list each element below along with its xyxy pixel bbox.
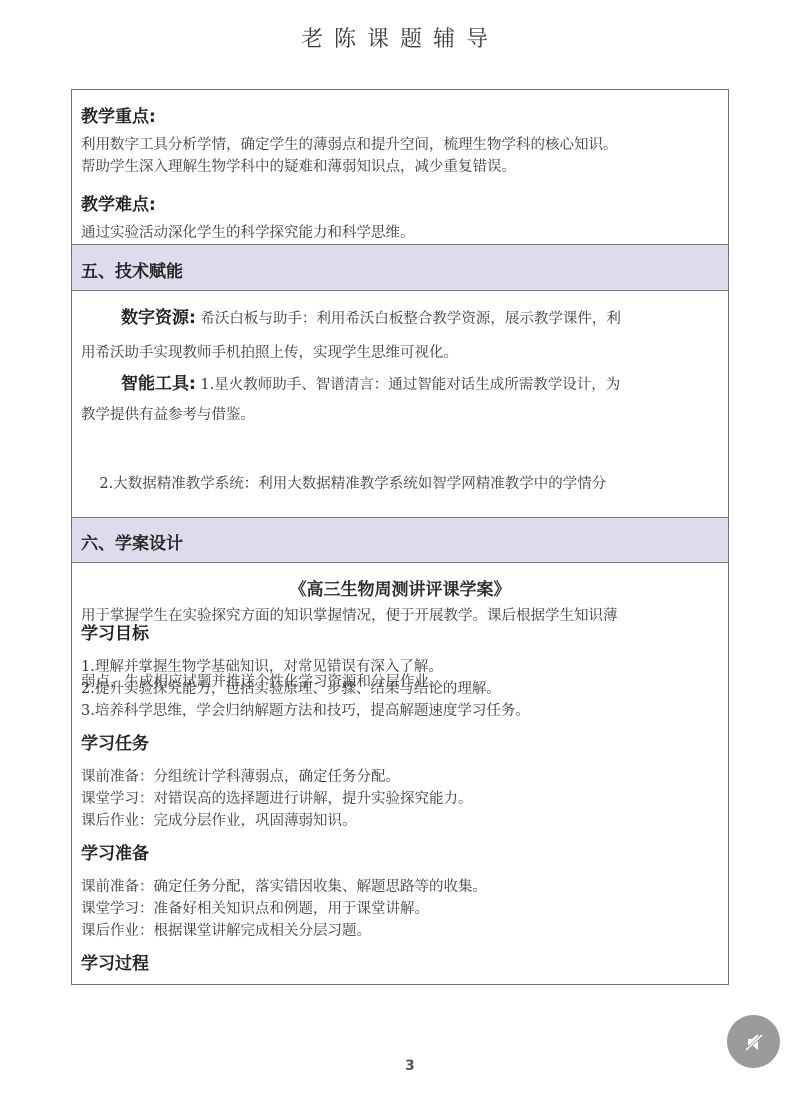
- digital-resources-para: 数字资源: 希沃白板与助手：利用希沃白板整合教学资源，展示教学课件，利 用希沃助…: [81, 307, 720, 364]
- goal-item: 1.理解并掌握生物学基础知识，对常见错误有深入了解。: [81, 655, 443, 676]
- digital-resources-lead: 数字资源:: [121, 308, 196, 328]
- digital-resources-line: 用希沃助手实现教师手机拍照上传，实现学生思维可视化。: [81, 342, 720, 364]
- task-item: 课前准备：分组统计学科薄弱点，确定任务分配。: [81, 765, 400, 786]
- tasks-heading: 学习任务: [81, 729, 149, 754]
- section6-title: 六、学案设计: [81, 529, 183, 554]
- preparation-item: 课后作业：根据课堂讲解完成相关分层习题。: [81, 919, 371, 940]
- task-item: 课堂学习：对错误高的选择题进行讲解，提升实验探究能力。: [81, 787, 473, 808]
- digital-resources-line: 希沃白板与助手：利用希沃白板整合教学资源，展示教学课件，利: [196, 311, 621, 327]
- goal-item: 2.提升实验探究能力，包括实验原理、步骤、结果与结论的理解。: [81, 677, 501, 698]
- lesson-plan-table: 教学重点: 利用数字工具分析学情，确定学生的薄弱点和提升空间，梳理生物学科的核心…: [71, 89, 729, 985]
- section6-content: 《高三生物周测讲评课学案》 学习目标 1.理解并掌握生物学基础知识，对常见错误有…: [72, 562, 728, 986]
- section6-header: 六、学案设计: [72, 517, 728, 562]
- teaching-focus-heading: 教学重点:: [81, 102, 156, 127]
- teaching-focus-line: 帮助学生深入理解生物学科中的疑难和薄弱知识点，减少重复错误。: [81, 156, 720, 178]
- goals-heading: 学习目标: [81, 619, 149, 644]
- page-number: 3: [405, 1058, 415, 1074]
- smart-tools-line: 1.星火教师助手、智谱清言：通过智能对话生成所需教学设计，为: [196, 377, 620, 393]
- smart-tools-lead: 智能工具:: [121, 374, 196, 394]
- preparation-item: 课前准备：确定任务分配，落实错因收集、解题思路等的收集。: [81, 875, 487, 896]
- teaching-focus-line: 利用数字工具分析学情，确定学生的薄弱点和提升空间，梳理生物学科的核心知识。: [81, 134, 720, 156]
- speaker-muted-icon: [741, 1029, 767, 1055]
- section5-header: 五、技术赋能: [72, 244, 728, 290]
- process-heading: 学习过程: [81, 949, 149, 974]
- teaching-difficulty-heading: 教学难点:: [81, 190, 156, 215]
- section5-title: 五、技术赋能: [81, 257, 183, 282]
- task-item: 课后作业：完成分层作业，巩固薄弱知识。: [81, 809, 357, 830]
- preparation-item: 课堂学习：准备好相关知识点和例题，用于课堂讲解。: [81, 897, 429, 918]
- teaching-focus-text: 利用数字工具分析学情，确定学生的薄弱点和提升空间，梳理生物学科的核心知识。 帮助…: [81, 134, 720, 178]
- teaching-difficulty-line: 通过实验活动深化学生的科学探究能力和科学思维。: [81, 222, 720, 244]
- smart-tools-line: 教学提供有益参考与借鉴。: [81, 404, 720, 426]
- page-header-title: 老陈课题辅导: [0, 22, 800, 53]
- big-data-line: 2.大数据精准教学系统：利用大数据精准教学系统如智学网精准教学中的学情分: [81, 473, 720, 495]
- section5-content: 数字资源: 希沃白板与助手：利用希沃白板整合教学资源，展示教学课件，利 用希沃助…: [72, 290, 728, 517]
- preparation-heading: 学习准备: [81, 839, 149, 864]
- plan-title: 《高三生物周测讲评课学案》: [72, 575, 728, 600]
- smart-tools-para: 智能工具: 1.星火教师助手、智谱清言：通过智能对话生成所需教学设计，为 教学提…: [81, 373, 720, 426]
- goal-item: 3.培养科学思维，学会归纳解题方法和技巧，提高解题速度学习任务。: [81, 699, 530, 720]
- focus-difficulty-cell: 教学重点: 利用数字工具分析学情，确定学生的薄弱点和提升空间，梳理生物学科的核心…: [72, 90, 728, 244]
- mute-button[interactable]: [727, 1015, 780, 1068]
- teaching-difficulty-text: 通过实验活动深化学生的科学探究能力和科学思维。: [81, 222, 720, 244]
